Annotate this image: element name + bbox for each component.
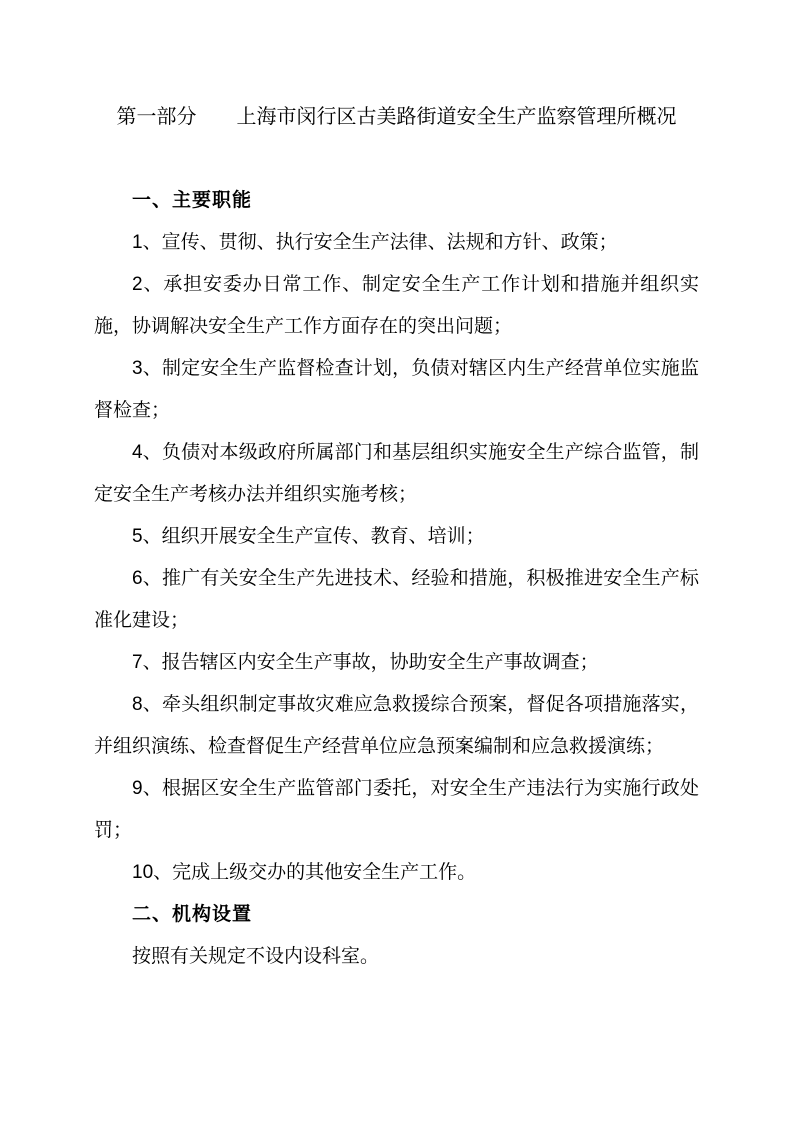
- duty-paragraph-1: 1、宣传、贯彻、执行安全生产法律、法规和方针、政策；: [94, 222, 699, 264]
- title-section-name: 上海市闵行区古美路街道安全生产监察管理所概况: [237, 106, 677, 128]
- title-section-label: 第一部分: [117, 106, 197, 128]
- duty-paragraph-6: 6、推广有关安全生产先进技术、经验和措施，积极推进安全生产标准化建设；: [94, 558, 699, 642]
- section-organization: 二、机构设置 按照有关规定不设内设科室。: [94, 894, 699, 978]
- duty-paragraph-2: 2、承担安委办日常工作、制定安全生产工作计划和措施并组织实施，协调解决安全生产工…: [94, 264, 699, 348]
- duty-paragraph-8: 8、牵头组织制定事故灾难应急救援综合预案，督促各项措施落实，并组织演练、检查督促…: [94, 684, 699, 768]
- document-title: 第一部分上海市闵行区古美路街道安全生产监察管理所概况: [94, 102, 699, 132]
- duty-paragraph-3: 3、制定安全生产监督检查计划，负债对辖区内生产经营单位实施监督检查；: [94, 348, 699, 432]
- section-main-duties: 一、主要职能 1、宣传、贯彻、执行安全生产法律、法规和方针、政策； 2、承担安委…: [94, 180, 699, 894]
- duty-paragraph-7: 7、报告辖区内安全生产事故，协助安全生产事故调查；: [94, 642, 699, 684]
- duty-paragraph-10: 10、完成上级交办的其他安全生产工作。: [94, 852, 699, 894]
- document-page: 第一部分上海市闵行区古美路街道安全生产监察管理所概况 一、主要职能 1、宣传、贯…: [0, 0, 793, 1122]
- duty-paragraph-4: 4、负债对本级政府所属部门和基层组织实施安全生产综合监管，制定安全生产考核办法并…: [94, 432, 699, 516]
- duty-paragraph-5: 5、组织开展安全生产宣传、教育、培训；: [94, 516, 699, 558]
- section-heading-main-duties: 一、主要职能: [94, 180, 699, 222]
- section-heading-organization: 二、机构设置: [94, 894, 699, 936]
- organization-paragraph: 按照有关规定不设内设科室。: [94, 936, 699, 978]
- duty-paragraph-9: 9、根据区安全生产监管部门委托，对安全生产违法行为实施行政处罚；: [94, 768, 699, 852]
